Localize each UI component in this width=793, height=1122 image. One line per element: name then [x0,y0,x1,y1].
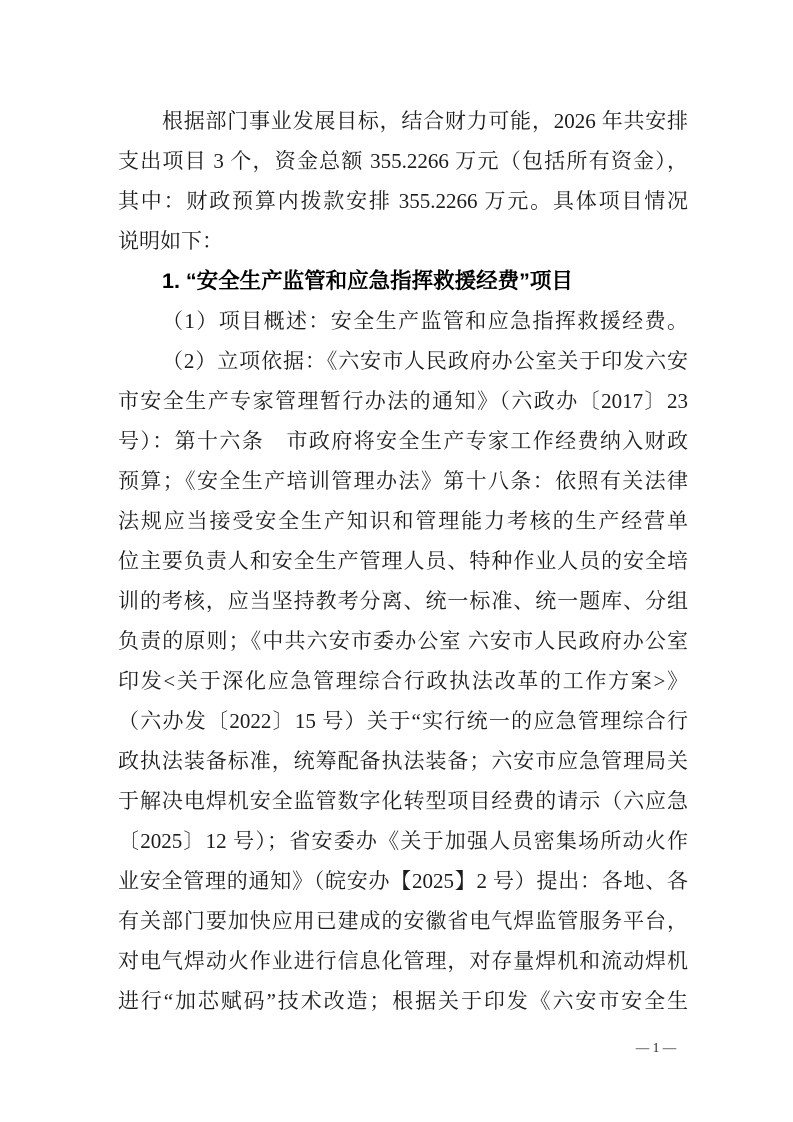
document-page: 根据部门事业发展目标，结合财力可能，2026 年共安排支出项目 3 个，资金总额… [0,0,793,1122]
text-line: 位主要负责人和安全生产管理人员、特种作业人员的安全培 [118,541,688,581]
text-line: （1）项目概述：安全生产监管和应急指挥救援经费。 [118,301,688,341]
text-line: 〔2025〕12 号）；省安委办《关于加强人员密集场所动火作 [118,821,688,861]
text-line: 支出项目 3 个，资金总额 355.2266 万元（包括所有资金）， [118,141,688,181]
text-line: 1. “安全生产监管和应急指挥救援经费”项目 [118,261,688,301]
text-line: 训的考核，应当坚持教考分离、统一标准、统一题库、分组 [118,581,688,621]
text-line: 根据部门事业发展目标，结合财力可能，2026 年共安排 [118,101,688,141]
text-line: （2）立项依据：《六安市人民政府办公室关于印发六安 [118,341,688,381]
text-line: 于解决电焊机安全监管数字化转型项目经费的请示（六应急 [118,781,688,821]
text-line: （六办发〔2022〕15 号）关于“实行统一的应急管理综合行 [118,701,688,741]
page-number: — 1 — [634,1040,678,1056]
text-line: 市安全生产专家管理暂行办法的通知》（六政办〔2017〕23 [118,381,688,421]
text-line: 业安全管理的通知》（皖安办【2025】2 号）提出：各地、各 [118,861,688,901]
text-line: 政执法装备标准，统筹配备执法装备；六安市应急管理局关 [118,741,688,781]
text-line: 进行“加芯赋码”技术改造；根据关于印发《六安市安全生 [118,981,688,1021]
document-body: 根据部门事业发展目标，结合财力可能，2026 年共安排支出项目 3 个，资金总额… [118,101,688,1021]
text-line: 号）：第十六条 市政府将安全生产专家工作经费纳入财政 [118,421,688,461]
text-line: 印发<关于深化应急管理综合行政执法改革的工作方案>》 [118,661,688,701]
text-line: 有关部门要加快应用已建成的安徽省电气焊监管服务平台， [118,901,688,941]
text-line: 法规应当接受安全生产知识和管理能力考核的生产经营单 [118,501,688,541]
text-line: 预算；《安全生产培训管理办法》第十八条：依照有关法律 [118,461,688,501]
text-line: 其中：财政预算内拨款安排 355.2266 万元。具体项目情况 [118,181,688,221]
text-line: 负责的原则；《中共六安市委办公室 六安市人民政府办公室 [118,621,688,661]
text-line: 说明如下： [118,221,688,261]
text-line: 对电气焊动火作业进行信息化管理，对存量焊机和流动焊机 [118,941,688,981]
